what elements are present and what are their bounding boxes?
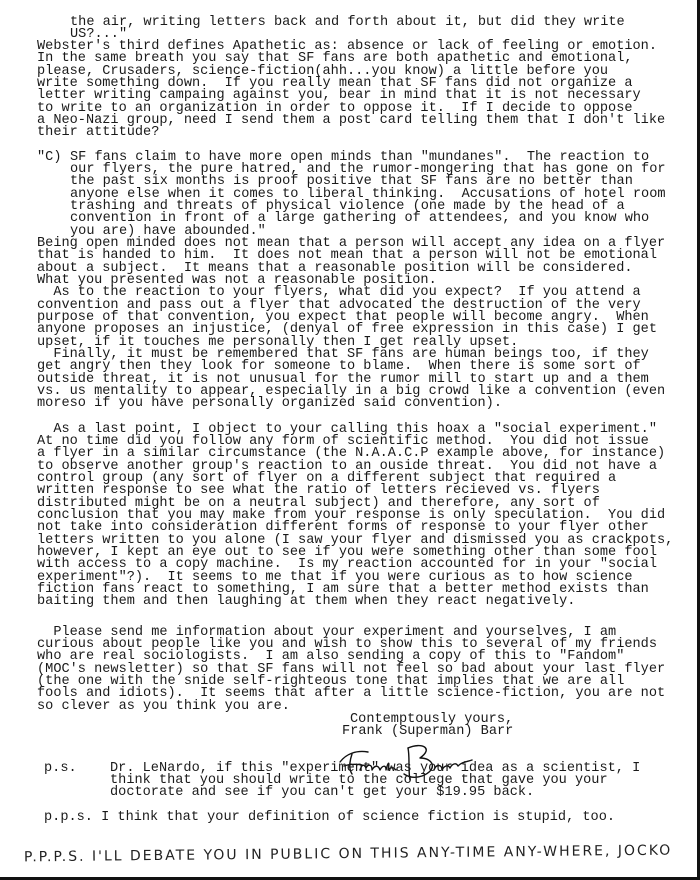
quote-tail-line: the air, writing letters back and forth … [70,17,625,29]
text-line: so clever as you think you are. [37,701,290,713]
ps-label: p.s. [44,763,77,775]
quote-label: "C) [37,152,61,164]
handwritten-ppps: P.P.P.S. I'LL DEBATE YOU IN PUBLIC ON TH… [24,843,672,866]
post-postscript: p.p.s. I think that your definition of s… [44,812,615,824]
signer-name: Frank (Superman) Barr [342,726,513,738]
letter-page: the air, writing letters back and forth … [0,0,700,880]
text-line: doctorate and see if you can't get your … [110,787,534,799]
text-line: moreso if you have personally organized … [37,398,502,410]
text-line: their attitude? [37,127,159,139]
text-line: baiting them and then laughing at them w… [37,596,575,608]
